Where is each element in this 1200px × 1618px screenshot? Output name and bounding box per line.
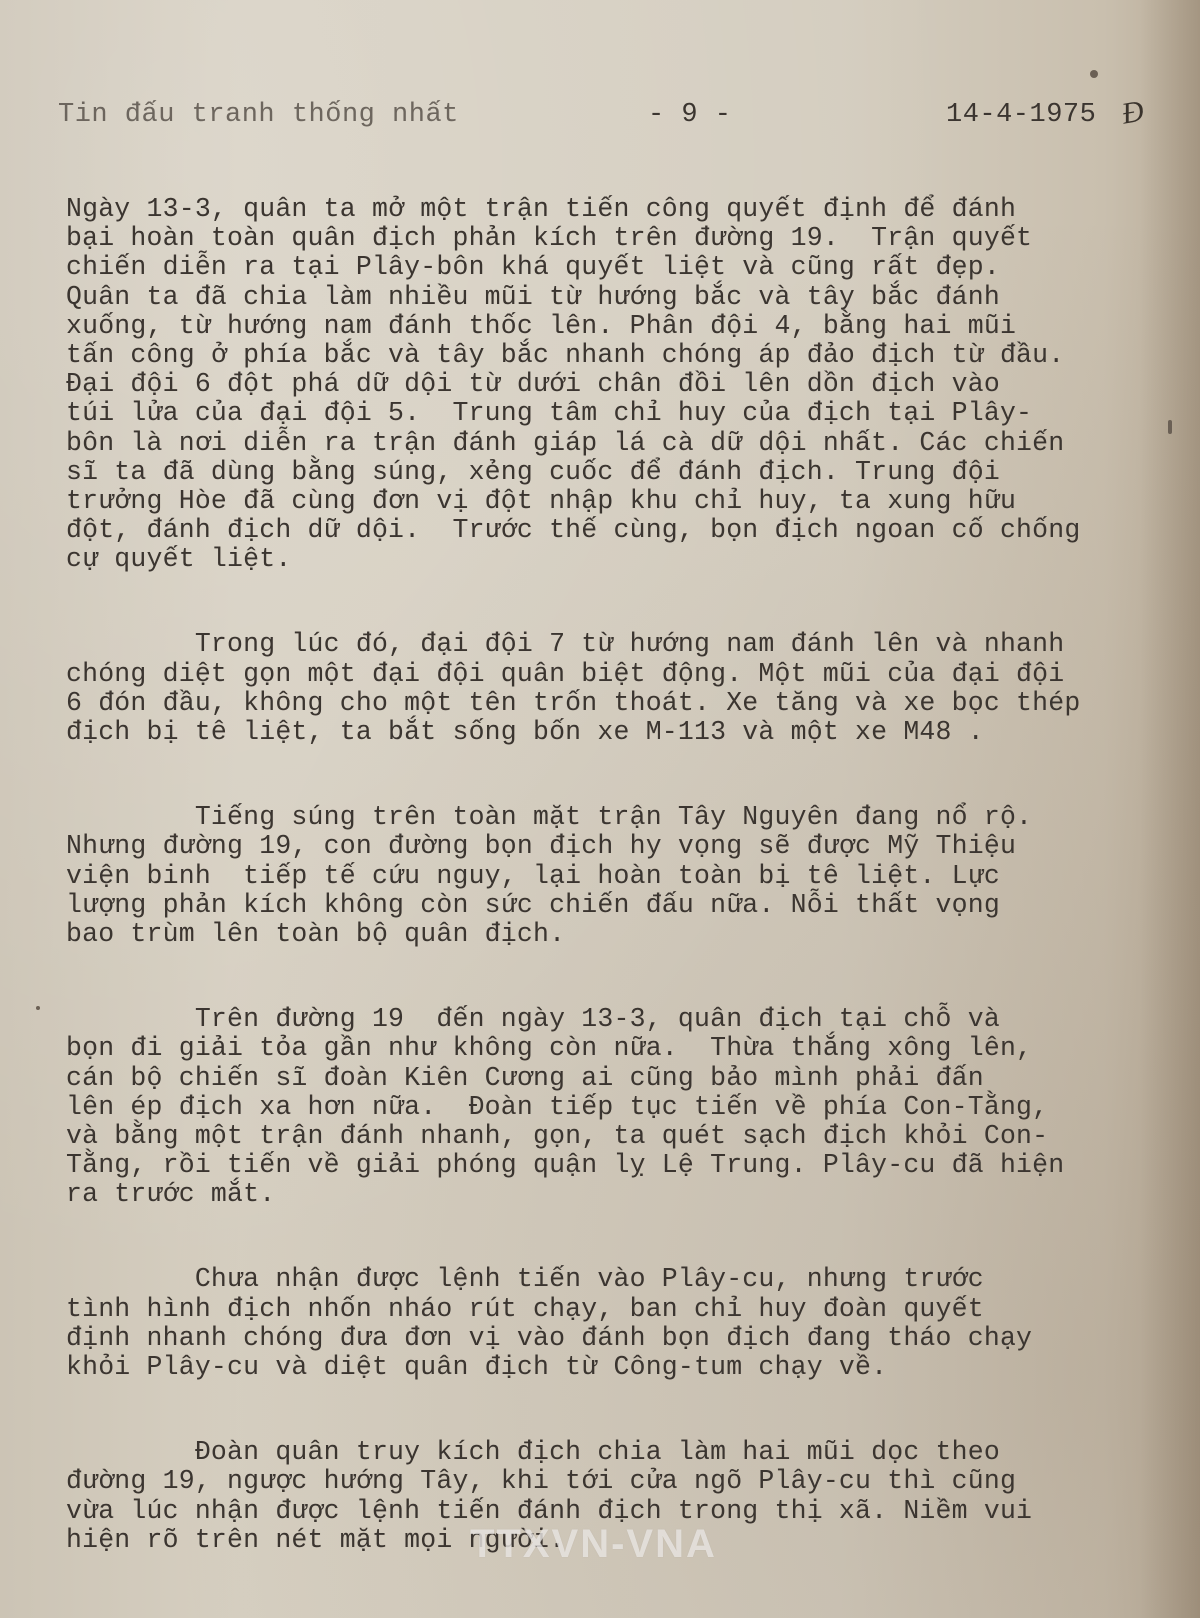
paragraph: Chưa nhận được lệnh tiến vào Plây-cu, nh… bbox=[66, 1265, 1156, 1382]
ink-speck bbox=[36, 1006, 40, 1010]
text-line: viện binh tiếp tế cứu nguy, lại hoàn toà… bbox=[66, 862, 1156, 891]
text-line: bôn là nơi diễn ra trận đánh giáp lá cà … bbox=[66, 429, 1156, 458]
text-line: Đại đội 6 đột phá dữ dội từ dưới chân đồ… bbox=[66, 370, 1156, 399]
paragraph: Ngày 13-3, quân ta mở một trận tiến công… bbox=[66, 195, 1156, 574]
scanned-document-page: Tin đấu tranh thống nhất - 9 - 14-4-1975… bbox=[0, 0, 1200, 1618]
agency-watermark: TTXVN-VNA bbox=[470, 1522, 717, 1567]
paragraph: Trên đường 19 đến ngày 13-3, quân địch t… bbox=[66, 1005, 1156, 1209]
text-line: tình hình địch nhốn nháo rút chạy, ban c… bbox=[66, 1295, 1156, 1324]
text-line: đột, đánh địch dữ dội. Trước thế cùng, b… bbox=[66, 516, 1156, 545]
text-line: Trên đường 19 đến ngày 13-3, quân địch t… bbox=[66, 1005, 1156, 1034]
text-line: bọn đi giải tỏa gần như không còn nữa. T… bbox=[66, 1034, 1156, 1063]
text-line: Tằng, rồi tiến về giải phóng quận lỵ Lệ … bbox=[66, 1151, 1156, 1180]
document-date: 14-4-1975 bbox=[946, 100, 1096, 130]
text-line: bao trùm lên toàn bộ quân địch. bbox=[66, 920, 1156, 949]
text-line: Quân ta đã chia làm nhiều mũi từ hướng b… bbox=[66, 283, 1156, 312]
document-body: Ngày 13-3, quân ta mở một trận tiến công… bbox=[66, 195, 1156, 1611]
text-line: Trong lúc đó, đại đội 7 từ hướng nam đán… bbox=[66, 630, 1156, 659]
text-line: Ngày 13-3, quân ta mở một trận tiến công… bbox=[66, 195, 1156, 224]
text-line: lượng phản kích không còn sức chiến đấu … bbox=[66, 891, 1156, 920]
text-line: Tiếng súng trên toàn mặt trận Tây Nguyên… bbox=[66, 803, 1156, 832]
handwritten-mark: Đ bbox=[1119, 94, 1147, 131]
text-line: bại hoàn toàn quân địch phản kích trên đ… bbox=[66, 224, 1156, 253]
paragraph: Tiếng súng trên toàn mặt trận Tây Nguyên… bbox=[66, 803, 1156, 949]
text-line: cự quyết liệt. bbox=[66, 545, 1156, 574]
text-line: ra trước mắt. bbox=[66, 1180, 1156, 1209]
document-header: Tin đấu tranh thống nhất - 9 - 14-4-1975… bbox=[58, 100, 1160, 140]
text-line: chóng diệt gọn một đại đội quân biệt độn… bbox=[66, 660, 1156, 689]
text-line: khỏi Plây-cu và diệt quân địch từ Công-t… bbox=[66, 1353, 1156, 1382]
text-line: địch bị tê liệt, ta bắt sống bốn xe M-11… bbox=[66, 718, 1156, 747]
text-line: trưởng Hòe đã cùng đơn vị đột nhập khu c… bbox=[66, 487, 1156, 516]
text-line: sĩ ta đã dùng bằng súng, xẻng cuốc để đá… bbox=[66, 458, 1156, 487]
ink-speck bbox=[1168, 420, 1172, 434]
publication-title: Tin đấu tranh thống nhất bbox=[58, 100, 459, 130]
text-line: 6 đón đầu, không cho một tên trốn thoát.… bbox=[66, 689, 1156, 718]
text-line: xuống, từ hướng nam đánh thốc lên. Phân … bbox=[66, 312, 1156, 341]
text-line: túi lửa của đại đội 5. Trung tâm chỉ huy… bbox=[66, 399, 1156, 428]
text-line: lên ép địch xa hơn nữa. Đoàn tiếp tục ti… bbox=[66, 1093, 1156, 1122]
text-line: tấn công ở phía bắc và tây bắc nhanh chó… bbox=[66, 341, 1156, 370]
text-line: định nhanh chóng đưa đơn vị vào đánh bọn… bbox=[66, 1324, 1156, 1353]
text-line: Nhưng đường 19, con đường bọn địch hy vọ… bbox=[66, 832, 1156, 861]
text-line: cán bộ chiến sĩ đoàn Kiên Cương ai cũng … bbox=[66, 1064, 1156, 1093]
page-number: - 9 - bbox=[648, 100, 732, 130]
paragraph: Trong lúc đó, đại đội 7 từ hướng nam đán… bbox=[66, 630, 1156, 747]
ink-speck bbox=[1090, 70, 1098, 78]
text-line: chiến diễn ra tại Plây-bôn khá quyết liệ… bbox=[66, 253, 1156, 282]
text-line: Đoàn quân truy kích địch chia làm hai mũ… bbox=[66, 1438, 1156, 1467]
text-line: Chưa nhận được lệnh tiến vào Plây-cu, nh… bbox=[66, 1265, 1156, 1294]
text-line: đường 19, ngược hướng Tây, khi tới cửa n… bbox=[66, 1467, 1156, 1496]
text-line: và bằng một trận đánh nhanh, gọn, ta qué… bbox=[66, 1122, 1156, 1151]
